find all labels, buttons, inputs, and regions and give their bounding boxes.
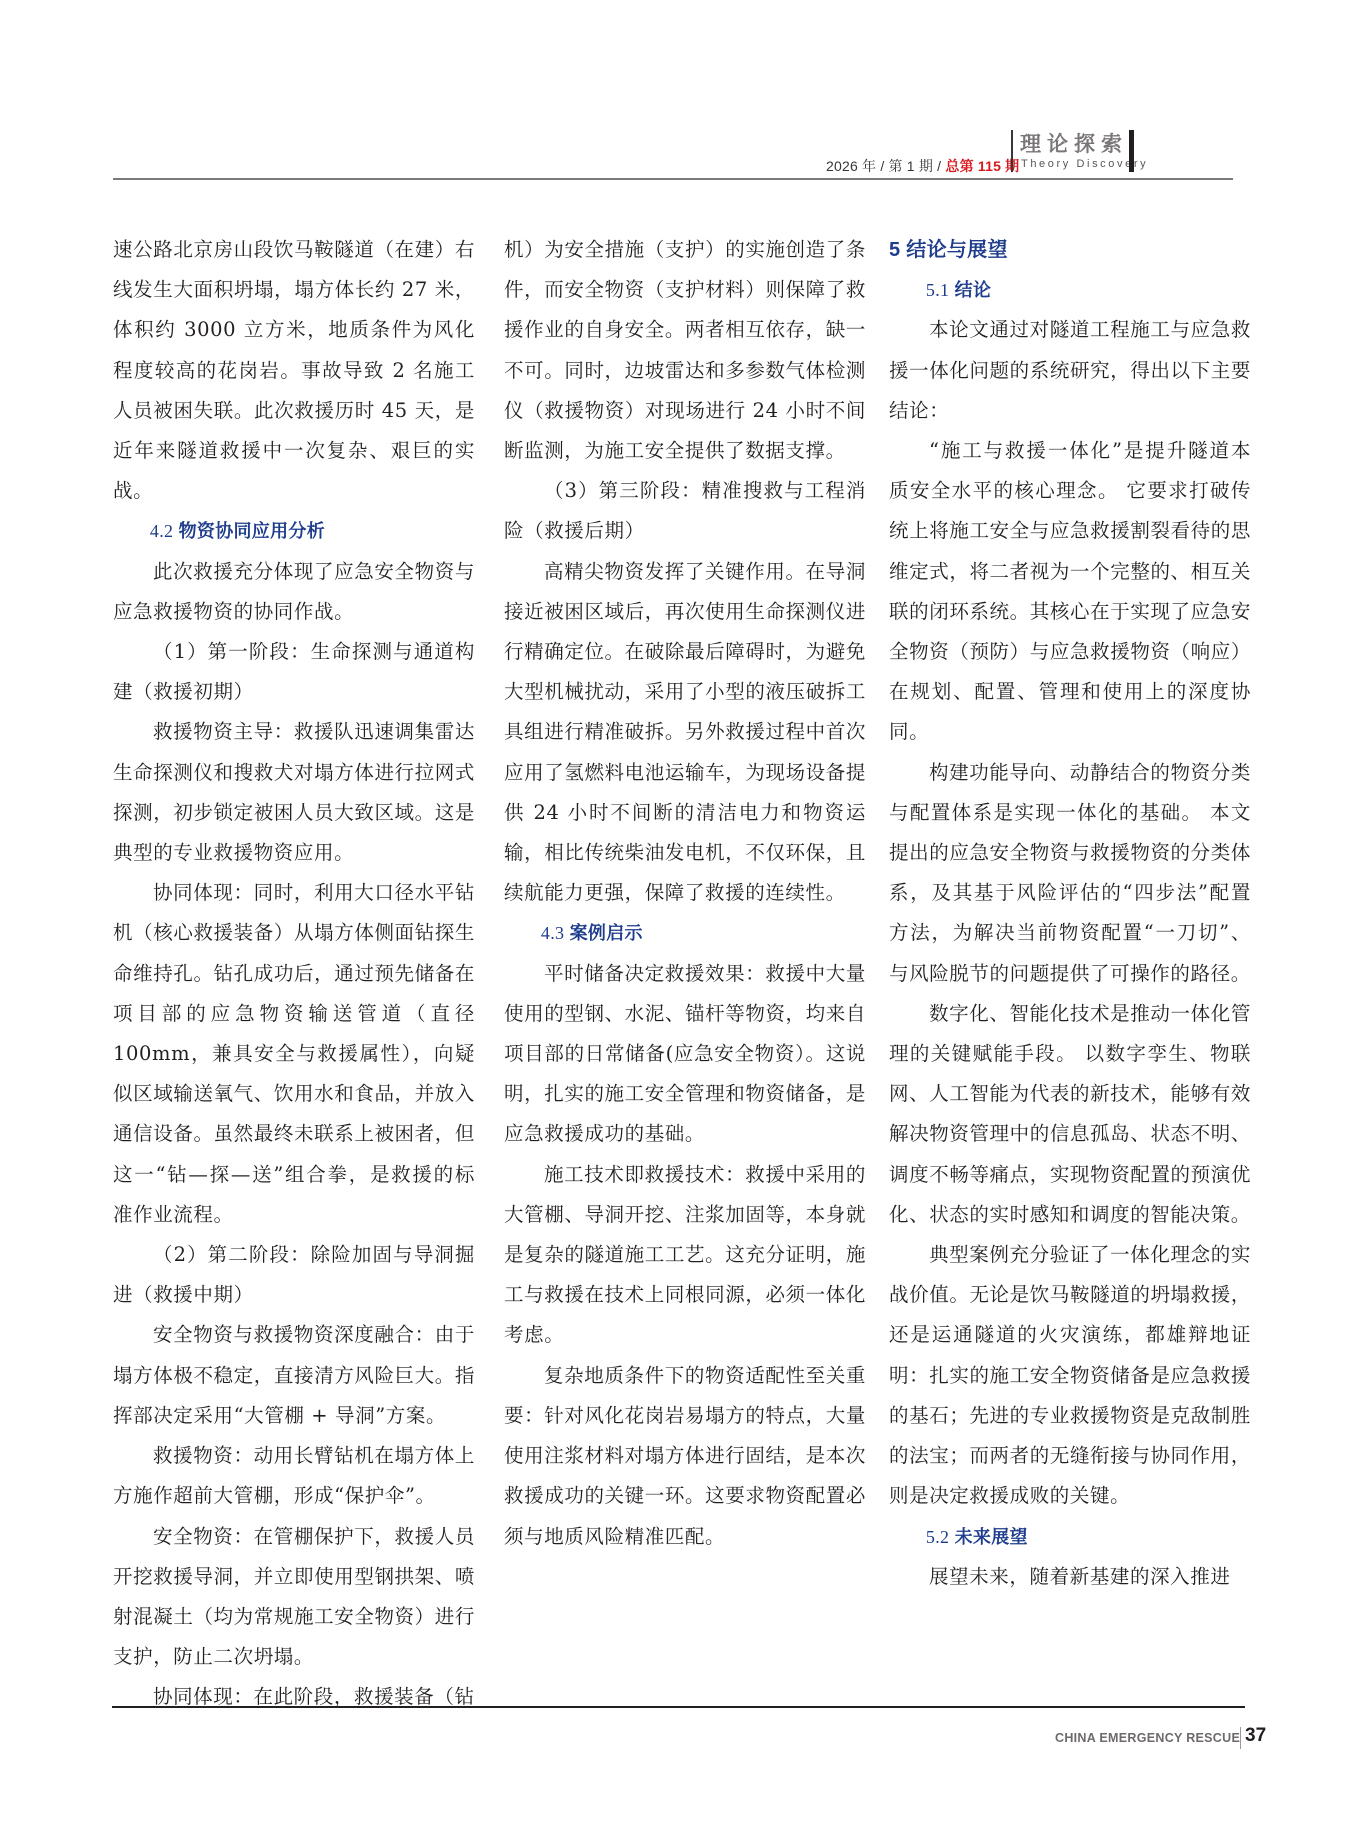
- paragraph: 协同体现：在此阶段，救援装备（钻: [113, 1677, 475, 1717]
- issue-number: 第 1 期: [889, 158, 934, 174]
- column-middle: 机）为安全措施（支护）的实施创造了条件，而安全物资（支护材料）则保障了救援作业的…: [504, 230, 866, 1557]
- total-issue-number: 总第 115 期: [945, 158, 1019, 174]
- paragraph: 安全物资：在管棚保护下，救援人员开挖救援导洞，并立即使用型钢拱架、喷射混凝土（均…: [113, 1517, 475, 1678]
- paragraph: 展望未来，随着新基建的深入推进: [889, 1557, 1251, 1597]
- paragraph: 复杂地质条件下的物资适配性至关重要：针对风化花岗岩易塌方的特点，大量使用注浆材料…: [504, 1356, 866, 1557]
- subsection-heading-4-2: 4.2 物资协同应用分析: [113, 511, 475, 551]
- subsection-heading-4-3: 4.3 案例启示: [504, 913, 866, 953]
- paragraph: 速公路北京房山段饮马鞍隧道（在建）右线发生大面积坍塌，塌方体长约 27 米，体积…: [113, 230, 475, 511]
- footer-divider: [1240, 1727, 1241, 1749]
- paragraph: “施工与救援一体化”是提升隧道本质安全水平的核心理念。 它要求打破传统上将施工安…: [889, 431, 1251, 753]
- issue-separator: /: [933, 158, 945, 174]
- paragraph: 施工技术即救援技术：救援中采用的大管棚、导洞开挖、注浆加固等，本身就是复杂的隧道…: [504, 1155, 866, 1356]
- issue-info: 2026 年 / 第 1 期 / 总第 115 期: [826, 156, 1019, 176]
- paragraph: 救援物资主导：救援队迅速调集雷达生命探测仪和搜救犬对塌方体进行拉网式探测，初步锁…: [113, 712, 475, 873]
- column-left: 速公路北京房山段饮马鞍隧道（在建）右线发生大面积坍塌，塌方体长约 27 米，体积…: [113, 230, 475, 1718]
- paragraph: 协同体现：同时，利用大口径水平钻机（核心救援装备）从塌方体侧面钻探生命维持孔。钻…: [113, 873, 475, 1235]
- paragraph: 平时储备决定救援效果：救援中大量使用的型钢、水泥、锚杆等物资，均来自项目部的日常…: [504, 954, 866, 1155]
- subsection-heading-5-1: 5.1 结论: [889, 270, 1251, 310]
- stage-heading: （1）第一阶段：生命探测与通道构建（救援初期）: [113, 632, 475, 712]
- issue-separator: /: [876, 158, 888, 174]
- paragraph: 安全物资与救援物资深度融合：由于塌方体极不稳定，直接清方风险巨大。指挥部决定采用…: [113, 1315, 475, 1436]
- stage-heading: （2）第二阶段：除险加固与导洞掘进（救援中期）: [113, 1235, 475, 1315]
- paragraph: 数字化、智能化技术是推动一体化管理的关键赋能手段。 以数字孪生、物联网、人工智能…: [889, 994, 1251, 1235]
- paragraph: 机）为安全措施（支护）的实施创造了条件，而安全物资（支护材料）则保障了救援作业的…: [504, 230, 866, 471]
- paragraph: 典型案例充分验证了一体化理念的实战价值。无论是饮马鞍隧道的坍塌救援，还是运通隧道…: [889, 1235, 1251, 1516]
- section-heading-5: 5 结论与展望: [889, 230, 1251, 270]
- paragraph: 本论文通过对隧道工程施工与应急救援一体化问题的系统研究，得出以下主要结论：: [889, 310, 1251, 431]
- subsection-heading-5-2: 5.2 未来展望: [889, 1517, 1251, 1557]
- paragraph: 此次救援充分体现了应急安全物资与应急救援物资的协同作战。: [113, 552, 475, 632]
- journal-name: CHINA EMERGENCY RESCUE: [1055, 1731, 1240, 1745]
- header-rule: [113, 178, 1233, 180]
- issue-year: 2026 年: [826, 158, 876, 174]
- header-divider: [1011, 130, 1013, 172]
- column-right: 5 结论与展望 5.1 结论 本论文通过对隧道工程施工与应急救援一体化问题的系统…: [889, 230, 1251, 1597]
- page-number: 37: [1245, 1725, 1266, 1747]
- paragraph: 救援物资：动用长臂钻机在塌方体上方施作超前大管棚，形成“保护伞”。: [113, 1436, 475, 1516]
- section-title: 理论探索: [1020, 128, 1128, 158]
- stage-heading: （3）第三阶段：精准搜救与工程消险（救援后期）: [504, 471, 866, 551]
- paragraph: 高精尖物资发挥了关键作用。在导洞接近被困区域后，再次使用生命探测仪进行精确定位。…: [504, 552, 866, 914]
- paragraph: 构建功能导向、动静结合的物资分类与配置体系是实现一体化的基础。 本文提出的应急安…: [889, 753, 1251, 994]
- header-accent-bar: [1129, 130, 1134, 172]
- footer-rule: [112, 1706, 1245, 1708]
